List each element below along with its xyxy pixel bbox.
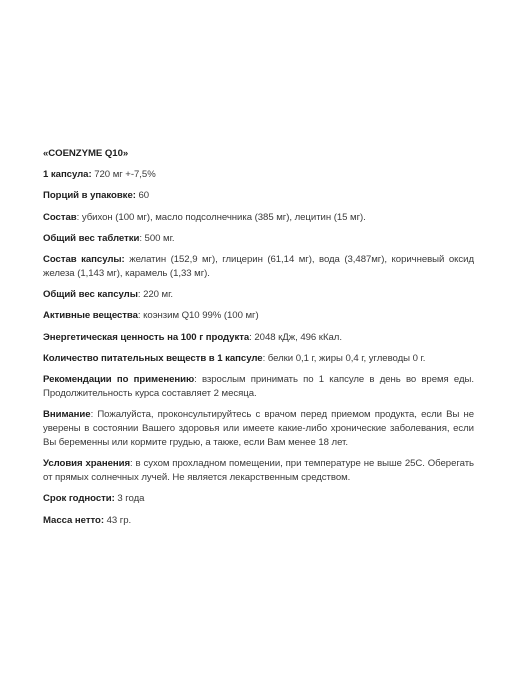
tablet-weight: Общий вес таблетки: 500 мг. (43, 232, 474, 246)
servings-label: Порций в упаковке: (43, 190, 136, 201)
usage-label: Рекомендации по применению (43, 374, 194, 385)
servings-value: 60 (136, 190, 149, 201)
nutrients-per-capsule: Количество питательных веществ в 1 капсу… (43, 352, 474, 366)
tablet-weight-value: : 500 мг. (139, 233, 174, 244)
net-weight: Масса нетто: 43 гр. (43, 514, 474, 528)
active-substances-value: : коэнзим Q10 99% (100 мг) (138, 310, 259, 321)
energy-value: Энергетическая ценность на 100 г продукт… (43, 331, 474, 345)
energy-value-label: Энергетическая ценность на 100 г продукт… (43, 332, 249, 343)
composition: Состав: убихон (100 мг), масло подсолнеч… (43, 211, 474, 225)
shelf-life: Срок годности: 3 года (43, 492, 474, 506)
active-substances: Активные вещества: коэнзим Q10 99% (100 … (43, 309, 474, 323)
usage-recommendations: Рекомендации по применению: взрослым при… (43, 373, 474, 401)
net-weight-label: Масса нетто: (43, 515, 104, 526)
capsule-composition: Состав капсулы: желатин (152,9 мг), глиц… (43, 253, 474, 281)
document-title: «COENZYME Q10» (43, 147, 474, 161)
capsule-composition-label: Состав капсулы: (43, 254, 125, 265)
nutrients-value: : белки 0,1 г, жиры 0,4 г, углеводы 0 г. (263, 353, 426, 364)
warning-label: Внимание (43, 409, 91, 420)
serving-size-value: 720 мг +-7,5% (92, 169, 156, 180)
warning-value: : Пожалуйста, проконсультируйтесь с врач… (43, 409, 474, 448)
active-substances-label: Активные вещества (43, 310, 138, 321)
nutrients-label: Количество питательных веществ в 1 капсу… (43, 353, 263, 364)
storage-conditions: Условия хранения: в сухом прохладном пом… (43, 457, 474, 485)
serving-size-label: 1 капсула: (43, 169, 92, 180)
tablet-weight-label: Общий вес таблетки (43, 233, 139, 244)
servings-per-package: Порций в упаковке: 60 (43, 189, 474, 203)
composition-value: : убихон (100 мг), масло подсолнечника (… (77, 212, 366, 223)
capsule-weight: Общий вес капсулы: 220 мг. (43, 288, 474, 302)
serving-size: 1 капсула: 720 мг +-7,5% (43, 168, 474, 182)
shelf-life-value: 3 года (115, 493, 145, 504)
capsule-weight-value: : 220 мг. (138, 289, 173, 300)
storage-label: Условия хранения (43, 458, 130, 469)
energy-value-value: : 2048 кДж, 496 кКал. (249, 332, 342, 343)
warning: Внимание: Пожалуйста, проконсультируйтес… (43, 408, 474, 450)
product-info-document: «COENZYME Q10» 1 капсула: 720 мг +-7,5% … (43, 147, 474, 535)
capsule-weight-label: Общий вес капсулы (43, 289, 138, 300)
shelf-life-label: Срок годности: (43, 493, 115, 504)
composition-label: Состав (43, 212, 77, 223)
net-weight-value: 43 гр. (104, 515, 131, 526)
